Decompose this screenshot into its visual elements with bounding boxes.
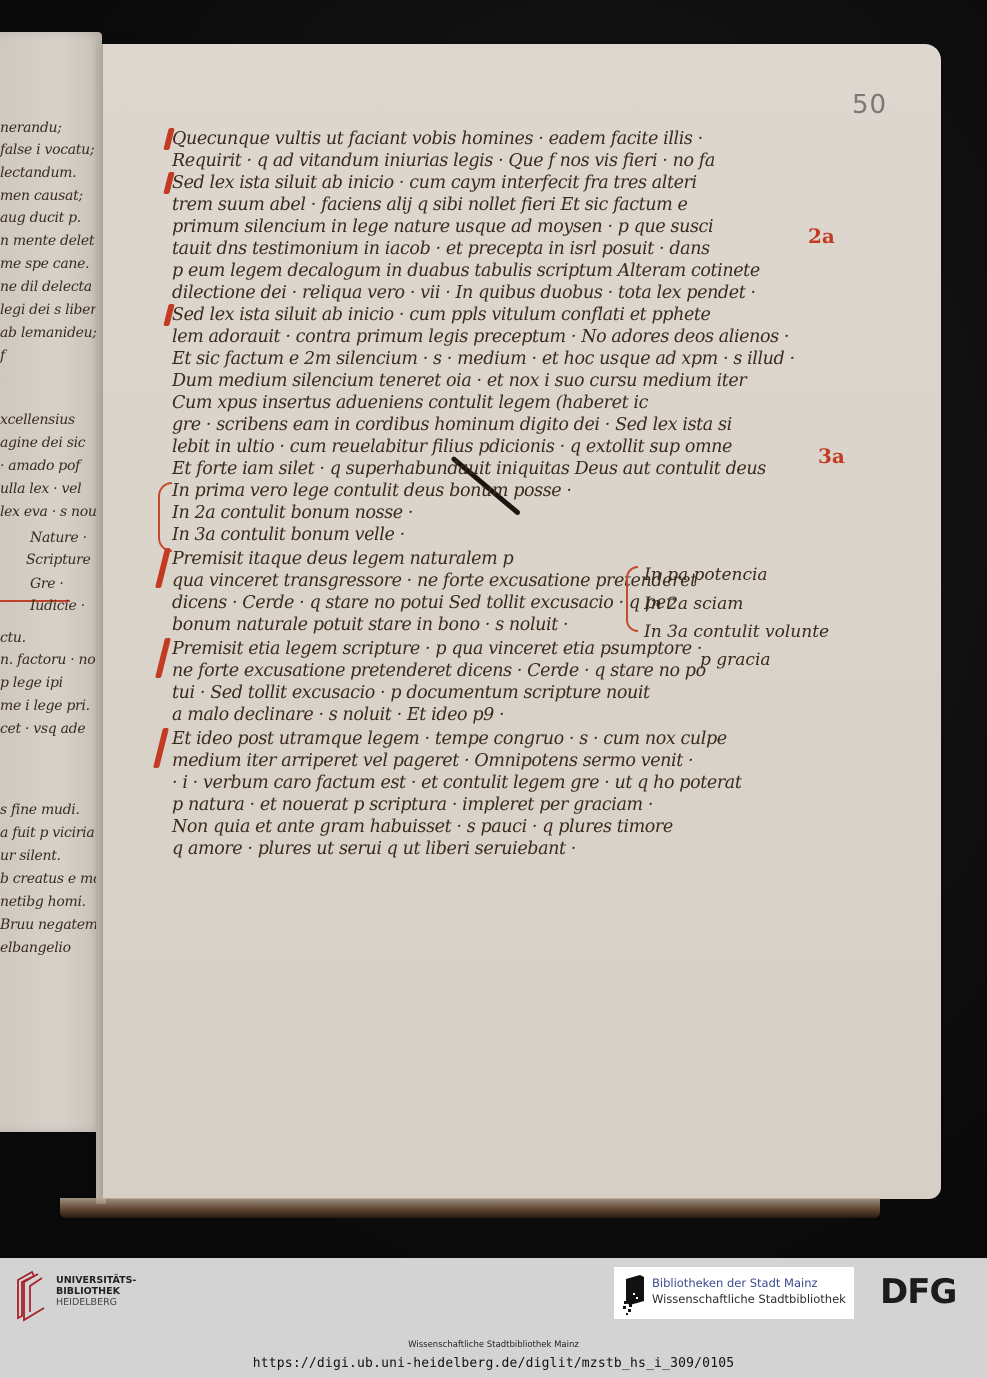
left-page-line: Scripture ·	[26, 552, 99, 568]
left-page-line: me i lege pri.	[0, 698, 90, 714]
text-line: Sed lex ista siluit ab inicio · cum caym…	[172, 172, 697, 194]
permalink-url[interactable]: https://digi.ub.uni-heidelberg.de/diglit…	[0, 1356, 987, 1371]
folio-number: 50	[852, 90, 887, 120]
left-page-line: men causat;	[0, 188, 83, 204]
left-page-line: ctu.	[0, 630, 26, 646]
left-page-line: p lege ipi	[0, 675, 63, 691]
mainz-logo-line1: Bibliotheken der Stadt Mainz	[652, 1276, 818, 1290]
text-line: q amore · plures ut serui q ut liberi se…	[172, 838, 576, 860]
mainz-library-logo[interactable]: Bibliotheken der Stadt Mainz Wissenschaf…	[614, 1267, 854, 1319]
left-page-line: me spe cane.	[0, 256, 89, 272]
text-line: tui · Sed tollit excusacio · p documentu…	[172, 682, 650, 704]
mainz-logo-line2: Wissenschaftliche Stadtbibliothek	[652, 1292, 846, 1306]
text-line: · i · verbum caro factum est · et contul…	[172, 772, 741, 794]
text-line: gre · scribens eam in cordibus hominum d…	[172, 414, 732, 436]
left-page-line: nerandu;	[0, 120, 62, 136]
text-line: In 3a contulit bonum velle ·	[172, 524, 405, 546]
text-line: p natura · et nouerat p scriptura · impl…	[172, 794, 653, 816]
left-page-line: f	[0, 348, 5, 364]
text-line: lebit in ultio · cum reuelabitur filius …	[172, 436, 732, 458]
ub-heidelberg-logo-text[interactable]: UNIVERSITÄTS- BIBLIOTHEK HEIDELBERG	[56, 1275, 136, 1308]
left-page-line: aug ducit p.	[0, 210, 81, 226]
book-pixel-icon	[620, 1273, 648, 1317]
ub-logo-line2: BIBLIOTHEK	[56, 1286, 136, 1297]
left-page-line: a fuit p viciria	[0, 825, 94, 841]
left-page-line: legi dei s liber	[0, 302, 97, 318]
text-line: Quecunque vultis ut faciant vobis homine…	[172, 128, 703, 150]
text-line: Et forte iam silet · q superhabundauit i…	[172, 458, 766, 480]
left-page-line: lectandum.	[0, 165, 76, 181]
left-page-line: xcellensius	[0, 412, 75, 428]
text-line: Premisit itaque deus legem naturalem p	[172, 548, 513, 570]
ub-heidelberg-logo-icon	[12, 1268, 48, 1324]
text-line: Cum xpus insertus adueniens contulit leg…	[172, 392, 648, 414]
text-line: Non quia et ante gram habuisset · s pauc…	[172, 816, 673, 838]
ub-logo-line1: UNIVERSITÄTS-	[56, 1275, 136, 1286]
left-page-line: ne dil delecta	[0, 279, 92, 295]
text-line: tauit dns testimonium in iacob · et prec…	[172, 238, 710, 260]
left-page-line: · amado pof	[0, 458, 80, 474]
left-page-line: n mente delet	[0, 233, 94, 249]
text-line: qua vinceret transgressore · ne forte ex…	[172, 570, 697, 592]
left-page-line: ab lemanideu;	[0, 325, 97, 341]
text-line: In prima vero lege contulit deus bonum p…	[172, 480, 572, 502]
left-page-verso: nerandu; false i vocatu; lectandum. men …	[0, 32, 102, 1132]
text-line: Requirit · q ad vitandum iniurias legis …	[172, 150, 715, 172]
left-page-line: false i vocatu;	[0, 142, 94, 158]
text-line: Et sic factum e 2m silencium · s · mediu…	[172, 348, 795, 370]
left-page-line: cet · vsq ade	[0, 721, 85, 737]
left-page-line: s fine mudi.	[0, 802, 80, 818]
left-page-line: Bruu negatem.	[0, 917, 102, 933]
text-line: Premisit etia legem scripture · p qua vi…	[172, 638, 702, 660]
text-line: Et ideo post utramque legem · tempe cong…	[172, 728, 727, 750]
text-line: primum silencium in lege nature usque ad…	[172, 216, 713, 238]
left-page-line: netibg homi.	[0, 894, 86, 910]
left-page-line: elbangelio	[0, 940, 71, 956]
text-line: dicens · Cerde · q stare no potui Sed to…	[172, 592, 674, 614]
margin-note: In 3a contulit volunte	[644, 622, 829, 642]
page-edge	[60, 1198, 880, 1218]
left-page-line: Gre ·	[30, 576, 64, 592]
footer-bar: UNIVERSITÄTS- BIBLIOTHEK HEIDELBERG Bibl…	[0, 1258, 987, 1378]
margin-rubric: 3a	[818, 444, 845, 468]
text-line: Sed lex ista siluit ab inicio · cum ppls…	[172, 304, 711, 326]
text-line: ne forte excusatione pretenderet dicens …	[172, 660, 706, 682]
text-line: dilectione dei · reliqua vero · vii · In…	[172, 282, 756, 304]
text-line: lem adorauit · contra primum legis prece…	[172, 326, 789, 348]
margin-note: p gracia	[700, 650, 771, 670]
left-page-line: ur silent.	[0, 848, 61, 864]
red-brace	[626, 566, 638, 632]
left-page-line: b creatus e mo	[0, 871, 101, 887]
text-line: a malo declinare · s noluit · Et ideo p9…	[172, 704, 504, 726]
text-line: bonum naturale potuit stare in bono · s …	[172, 614, 568, 636]
dfg-logo[interactable]: DFG	[880, 1272, 956, 1312]
text-line: trem suum abel · faciens alij q sibi nol…	[172, 194, 687, 216]
left-page-line: agine dei sic	[0, 435, 85, 451]
red-brace	[158, 482, 172, 552]
text-line: Dum medium silencium teneret oia · et no…	[172, 370, 746, 392]
credit-line: Wissenschaftliche Stadtbibliothek Mainz	[0, 1340, 987, 1350]
text-line: In 2a contulit bonum nosse ·	[172, 502, 413, 524]
text-line: p eum legem decalogum in duabus tabulis …	[172, 260, 760, 282]
text-line: medium iter arriperet vel pageret · Omni…	[172, 750, 693, 772]
left-page-line: lex eva · s noua	[0, 504, 105, 520]
margin-note: In 2a sciam	[644, 594, 743, 614]
left-page-line: ulla lex · vel	[0, 481, 81, 497]
manuscript-scan: nerandu; false i vocatu; lectandum. men …	[0, 0, 987, 1258]
margin-note: In pa potencia	[644, 565, 768, 585]
ub-logo-line3: HEIDELBERG	[56, 1297, 136, 1308]
left-page-line: n. factoru · no.	[0, 652, 99, 668]
margin-rubric: 2a	[808, 224, 835, 248]
left-page-line: Iudicie ·	[30, 598, 85, 614]
left-page-line: Nature ·	[30, 530, 87, 546]
